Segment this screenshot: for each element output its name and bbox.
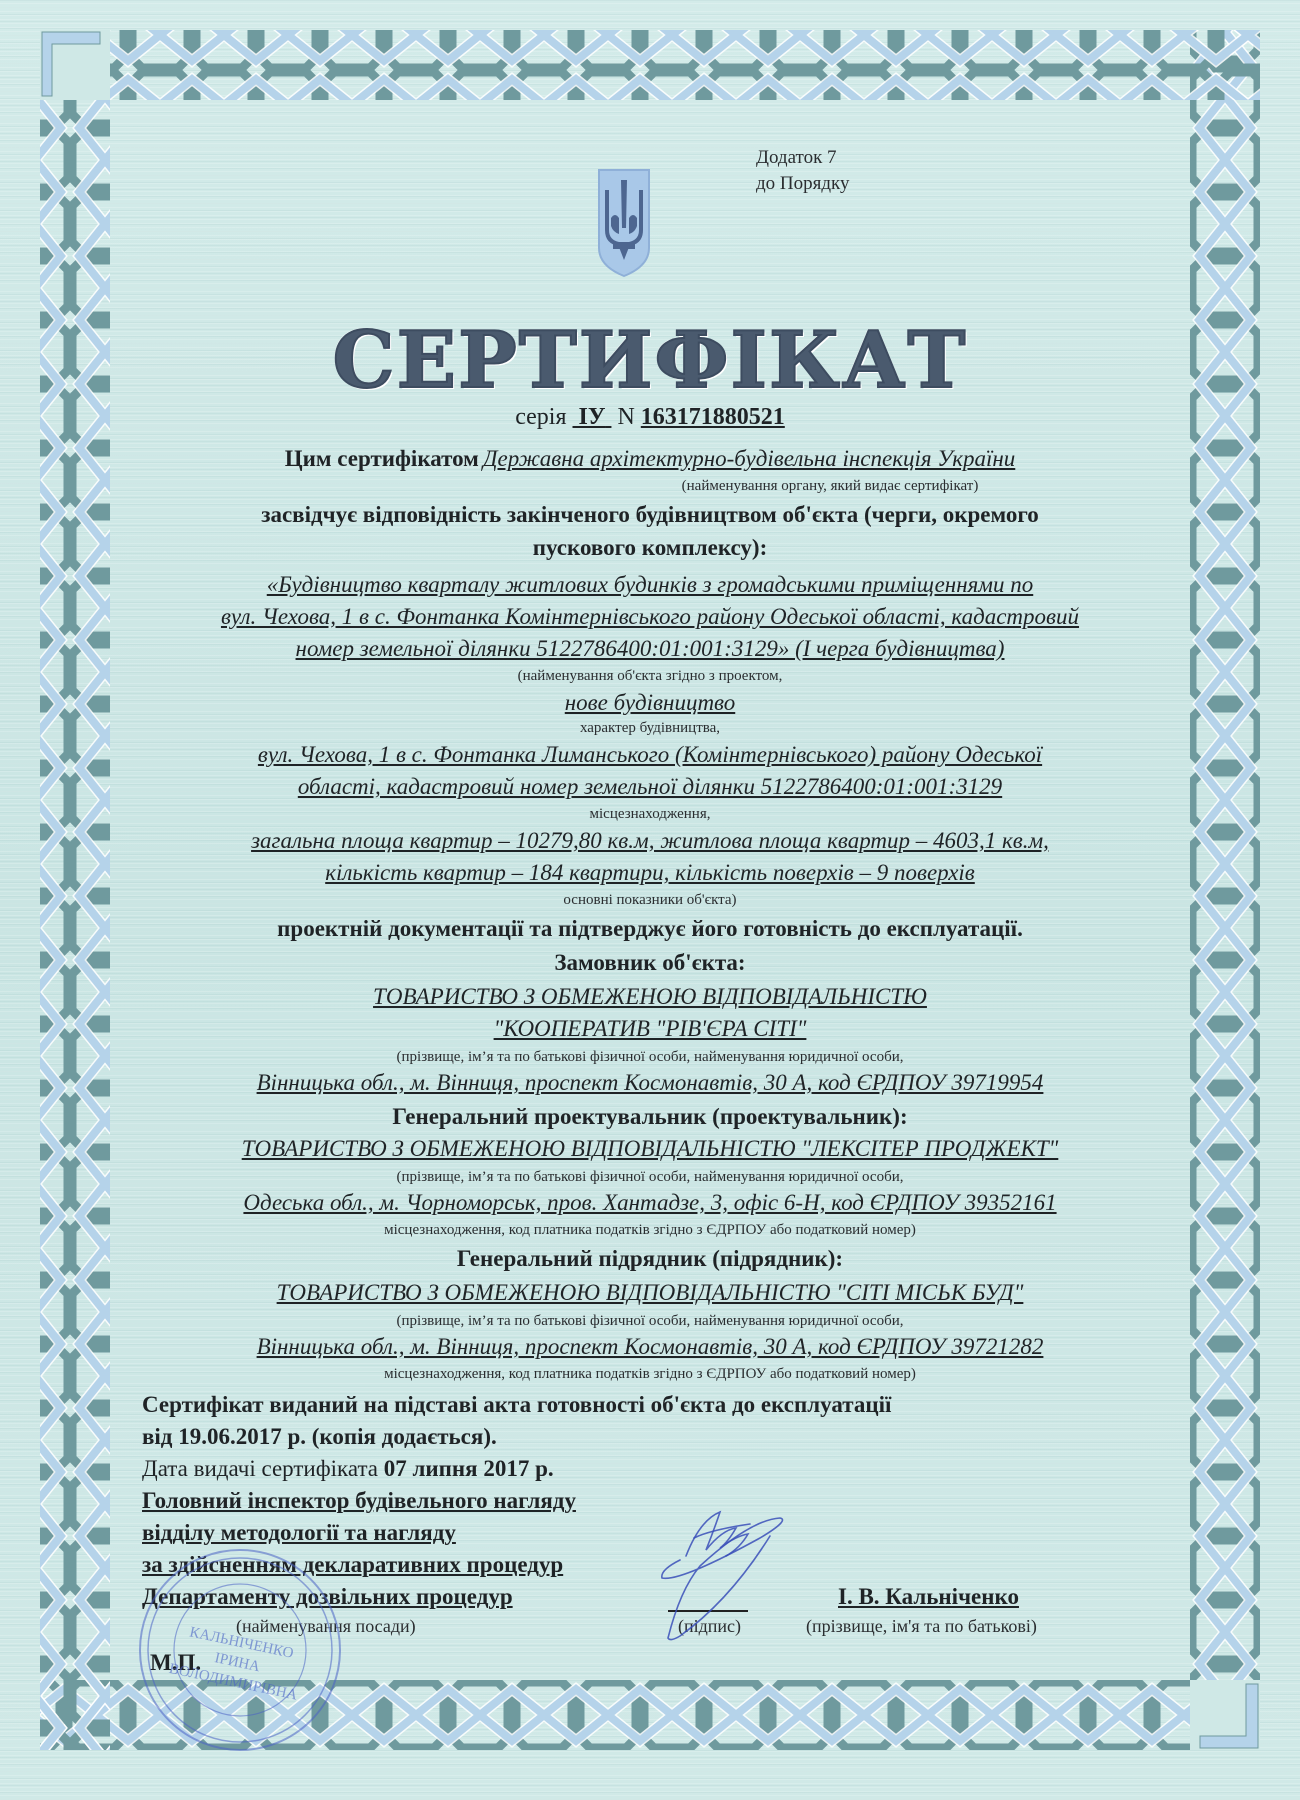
indicators-line-1: загальна площа квартир – 10279,80 кв.м, … xyxy=(120,828,1180,854)
indicators-hint: основні показники об'єкта) xyxy=(120,892,1180,909)
contractor-name-hint: (прізвище, ім’я та по батькові фізичної … xyxy=(120,1313,1180,1330)
contractor-name: ТОВАРИСТВО З ОБМЕЖЕНОЮ ВІДПОВІДАЛЬНІСТЮ … xyxy=(120,1280,1180,1306)
contractor-heading: Генеральний підрядник (підрядник): xyxy=(120,1246,1180,1272)
issue-date-label: Дата видачі сертифіката xyxy=(142,1456,378,1481)
indicators-line-2: кількість квартир – 184 квартири, кількі… xyxy=(120,860,1180,886)
designer-address-hint: місцезнаходження, код платника податків … xyxy=(120,1222,1180,1239)
object-name-line-2: вул. Чехова, 1 в с. Фонтанка Комінтернів… xyxy=(120,604,1180,630)
certificate-number: 163171880521 xyxy=(641,404,785,430)
construction-type-hint: характер будівництва, xyxy=(120,720,1180,737)
customer-address: Вінницька обл., м. Вінниця, проспект Кос… xyxy=(120,1070,1180,1096)
object-name-hint: (найменування об'єкта згідно з проектом, xyxy=(120,668,1180,685)
object-name-line-3: номер земельної ділянки 5122786400:01:00… xyxy=(120,636,1180,662)
issue-date-value: 07 липня 2017 р. xyxy=(384,1456,554,1481)
issue-date-line: Дата видачі сертифіката 07 липня 2017 р. xyxy=(142,1456,1202,1482)
construction-type: нове будівництво xyxy=(120,690,1180,716)
certifies-line-2: пускового комплексу): xyxy=(120,535,1180,561)
contractor-address: Вінницька обл., м. Вінниця, проспект Кос… xyxy=(120,1334,1180,1360)
location-line-2: області, кадастровий номер земельної діл… xyxy=(120,774,1180,800)
designer-heading: Генеральний проектувальник (проектувальн… xyxy=(120,1104,1180,1130)
contractor-address-hint: місцезнаходження, код платника податків … xyxy=(120,1366,1180,1383)
location-hint: місцезнаходження, xyxy=(120,806,1180,823)
series-label: серія xyxy=(515,404,566,430)
signatory-name: І. В. Кальніченко xyxy=(838,1584,1019,1610)
certifies-line-1: засвідчує відповідність закінченого буді… xyxy=(120,502,1180,528)
customer-name-hint: (прізвище, ім’я та по батькові фізичної … xyxy=(120,1049,1180,1066)
designer-address: Одеська обл., м. Чорноморськ, пров. Хант… xyxy=(120,1190,1180,1216)
series-number-line: серія ІУ N 163171880521 xyxy=(0,404,1300,431)
basis-line-2: від 19.06.2017 р. (копія додається). xyxy=(142,1424,1202,1450)
designer-name-hint: (прізвище, ім’я та по батькові фізичної … xyxy=(120,1169,1180,1186)
annex-reference: Додаток 7 до Порядку xyxy=(756,145,850,197)
issuer-name: Державна архітектурно-будівельна інспекц… xyxy=(483,446,1015,471)
customer-name-line-2: "КООПЕРАТИВ "РІВ'ЄРА СІТІ" xyxy=(120,1016,1180,1042)
annex-procedure: до Порядку xyxy=(756,171,850,197)
handwritten-signature xyxy=(640,1490,800,1650)
official-stamp: КАЛЬНІЧЕНКО ІРИНА ВОЛОДИМИРІВНА xyxy=(135,1545,345,1755)
series-value: ІУ xyxy=(573,404,612,430)
trident-coat-of-arms-icon xyxy=(597,168,651,278)
annex-number: Додаток 7 xyxy=(756,145,850,171)
signatory-hint: (прізвище, ім'я та по батькові) xyxy=(806,1616,1037,1637)
number-label: N xyxy=(617,404,634,430)
customer-heading: Замовник об'єкта: xyxy=(120,950,1180,976)
issuer-prefix: Цим сертифікатом xyxy=(285,446,479,471)
object-name-line-1: «Будівництво кварталу житлових будинків … xyxy=(120,572,1180,598)
location-line-1: вул. Чехова, 1 в с. Фонтанка Лиманського… xyxy=(120,742,1180,768)
customer-name-line-1: ТОВАРИСТВО З ОБМЕЖЕНОЮ ВІДПОВІДАЛЬНІСТЮ xyxy=(120,984,1180,1010)
issuer-hint: (найменування органу, який видає сертифі… xyxy=(300,478,1300,495)
designer-name: ТОВАРИСТВО З ОБМЕЖЕНОЮ ВІДПОВІДАЛЬНІСТЮ … xyxy=(120,1136,1180,1162)
basis-line-1: Сертифікат виданий на підставі акта гото… xyxy=(142,1392,1202,1418)
issuer-line: Цим сертифікатом Державна архітектурно-б… xyxy=(120,446,1180,472)
conformity-statement: проектній документації та підтверджує йо… xyxy=(120,916,1180,942)
certificate-title: СЕРТИФІКАТ xyxy=(0,315,1300,406)
